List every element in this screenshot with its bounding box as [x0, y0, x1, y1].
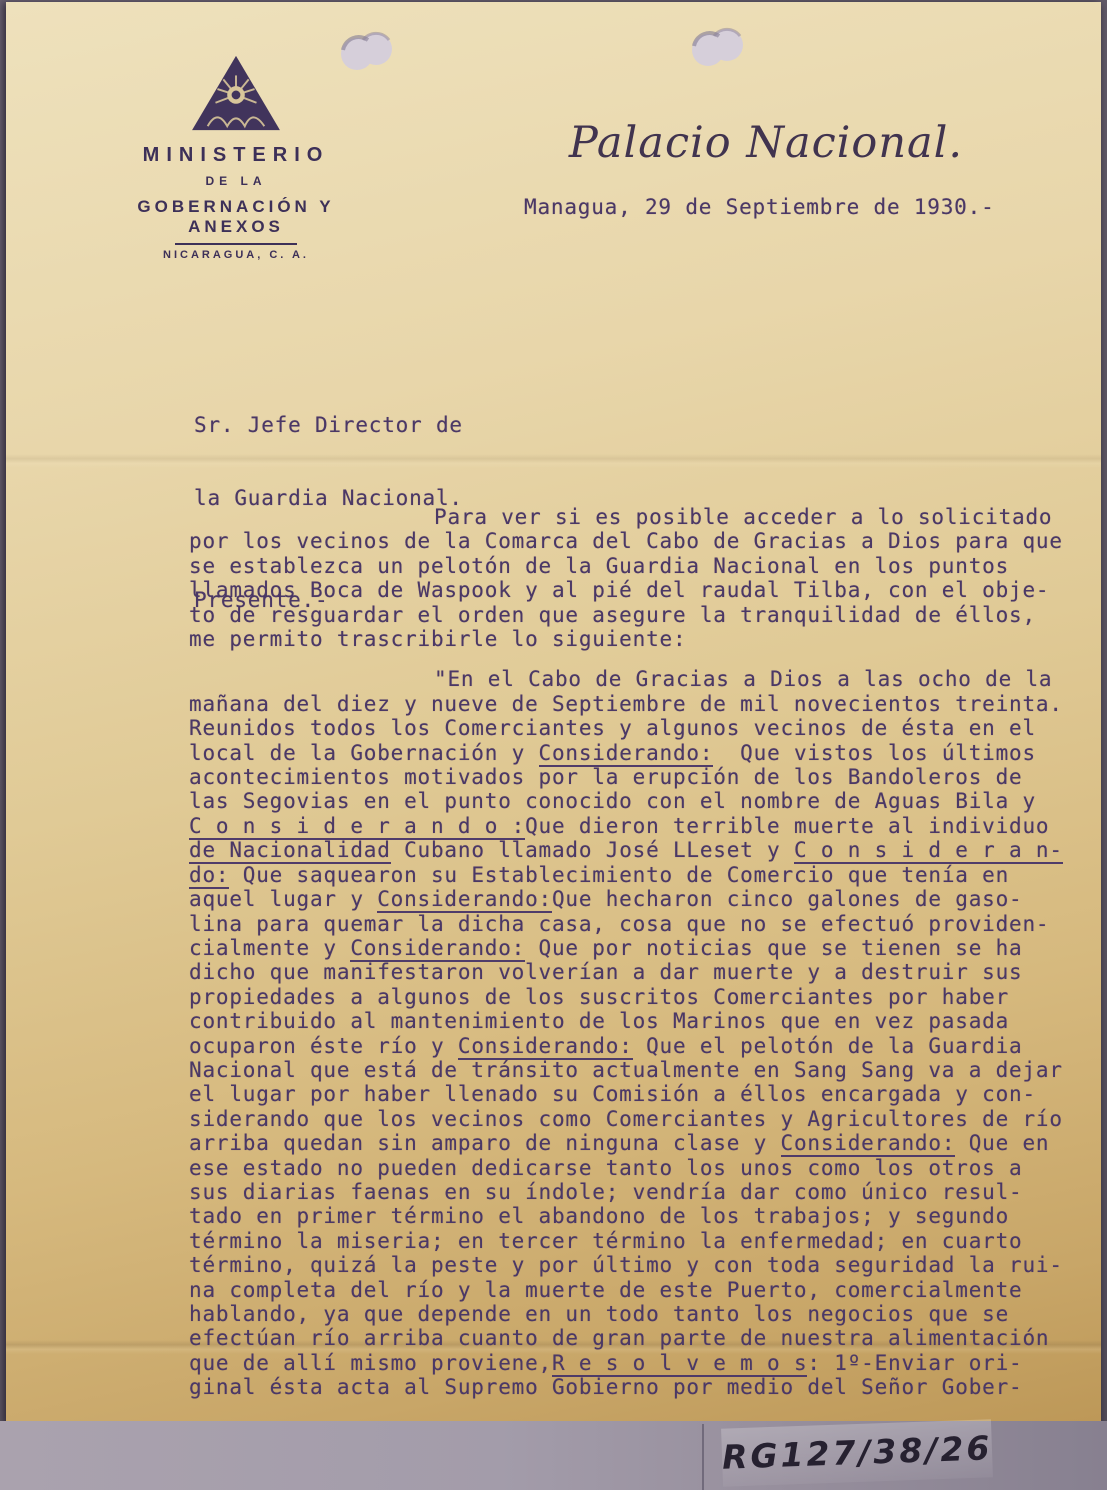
letter-line: Reunidos todos los Comerciantes y alguno… — [189, 716, 1094, 740]
letter-line: to de resguardar el orden que asegure la… — [189, 603, 1094, 627]
letter-line: C o n s i d e r a n d o :Que dieron terr… — [189, 814, 1094, 838]
ministry-dept: GOBERNACIÓN Y ANEXOS — [86, 197, 386, 237]
letter-line: na completa del río y la muerte de este … — [189, 1278, 1094, 1302]
ministry-country: NICARAGUA, C. A. — [86, 249, 386, 261]
letter-line: lina para quemar la dicha casa, cosa que… — [189, 912, 1094, 936]
letter-line: efectúan río arriba cuanto de gran parte… — [189, 1326, 1094, 1350]
letter-sheet: MINISTERIO DE LA GOBERNACIÓN Y ANEXOS NI… — [6, 2, 1101, 1424]
letter-line: tado en primer término el abandono de lo… — [189, 1204, 1094, 1228]
recipient-line-1: Sr. Jefe Director de — [194, 413, 463, 437]
letterhead: MINISTERIO DE LA GOBERNACIÓN Y ANEXOS NI… — [86, 52, 386, 261]
letter-line: dicho que manifestaron volverían a dar m… — [189, 960, 1094, 984]
letterhead-rule — [175, 243, 297, 245]
palace-title: Palacio Nacional. — [551, 118, 981, 168]
ministry-name: MINISTERIO — [86, 144, 386, 167]
letter-line: Nacional que está de tránsito actualment… — [189, 1058, 1094, 1082]
letter-line: contribuido al mantenimiento de los Mari… — [189, 1009, 1094, 1033]
letter-line: aquel lugar y Considerando:Que hecharon … — [189, 887, 1094, 911]
letter-line: las Segovias en el punto conocido con el… — [189, 789, 1094, 813]
letter-line: por los vecinos de la Comarca del Cabo d… — [189, 529, 1094, 553]
letter-line: siderando que los vecinos como Comercian… — [189, 1107, 1094, 1131]
letter-line: hablando, ya que depende en un todo tant… — [189, 1302, 1094, 1326]
letter-line: sus diarias faenas en su índole; vendría… — [189, 1180, 1094, 1204]
letter-line: de Nacionalidad Cubano llamado José LLes… — [189, 838, 1094, 862]
letter-line: acontecimientos motivados por la erupció… — [189, 765, 1094, 789]
letter-line: do: Que saquearon su Establecimiento de … — [189, 863, 1094, 887]
letter-line: local de la Gobernación y Considerando: … — [189, 741, 1094, 765]
letter-line: ginal ésta acta al Supremo Gobierno por … — [189, 1375, 1094, 1399]
volcano-sun-triangle-icon — [189, 52, 283, 134]
ministry-dela: DE LA — [86, 174, 386, 188]
photo-of-letter: { "letterhead": { "ministry_line1": "MIN… — [0, 0, 1107, 1490]
archive-label: RG127/38/26 — [721, 1419, 993, 1486]
letter-line: mañana del diez y nueve de Septiembre de… — [189, 692, 1094, 716]
letter-line: arriba quedan sin amparo de ninguna clas… — [189, 1131, 1094, 1155]
letter-paragraph: "En el Cabo de Gracias a Dios a las ocho… — [189, 667, 1094, 1399]
letter-line: que de allí mismo proviene,R e s o l v e… — [189, 1351, 1094, 1375]
letter-line: se establezca un pelotón de la Guardia N… — [189, 554, 1094, 578]
letter-line: el lugar por haber llenado su Comisión a… — [189, 1082, 1094, 1106]
letter-line: ese estado no pueden dedicarse tanto los… — [189, 1156, 1094, 1180]
letter-line: término la miseria; en tercer término la… — [189, 1229, 1094, 1253]
paper-crease — [6, 454, 1101, 468]
letter-line: llamados Boca de Waspook y al pié del ra… — [189, 578, 1094, 602]
letter-line: propiedades a algunos de los suscritos C… — [189, 985, 1094, 1009]
letter-line: ocuparon éste río y Considerando: Que el… — [189, 1034, 1094, 1058]
dateline: Managua, 29 de Septiembre de 1930.- — [524, 195, 995, 219]
letter-line: término, quizá la peste y por último y c… — [189, 1253, 1094, 1277]
letter-line: cialmente y Considerando: Que por notici… — [189, 936, 1094, 960]
letter-line: Para ver si es posible acceder a lo soli… — [189, 505, 1094, 529]
letter-line: "En el Cabo de Gracias a Dios a las ocho… — [189, 667, 1094, 691]
label-seam — [702, 1424, 704, 1490]
punch-hole-right-icon — [688, 24, 750, 70]
letter-paragraph: Para ver si es posible acceder a lo soli… — [189, 505, 1094, 651]
letter-body: Para ver si es posible acceder a lo soli… — [189, 505, 1094, 1400]
letter-line: me permito trascribirle lo siguiente: — [189, 627, 1094, 651]
